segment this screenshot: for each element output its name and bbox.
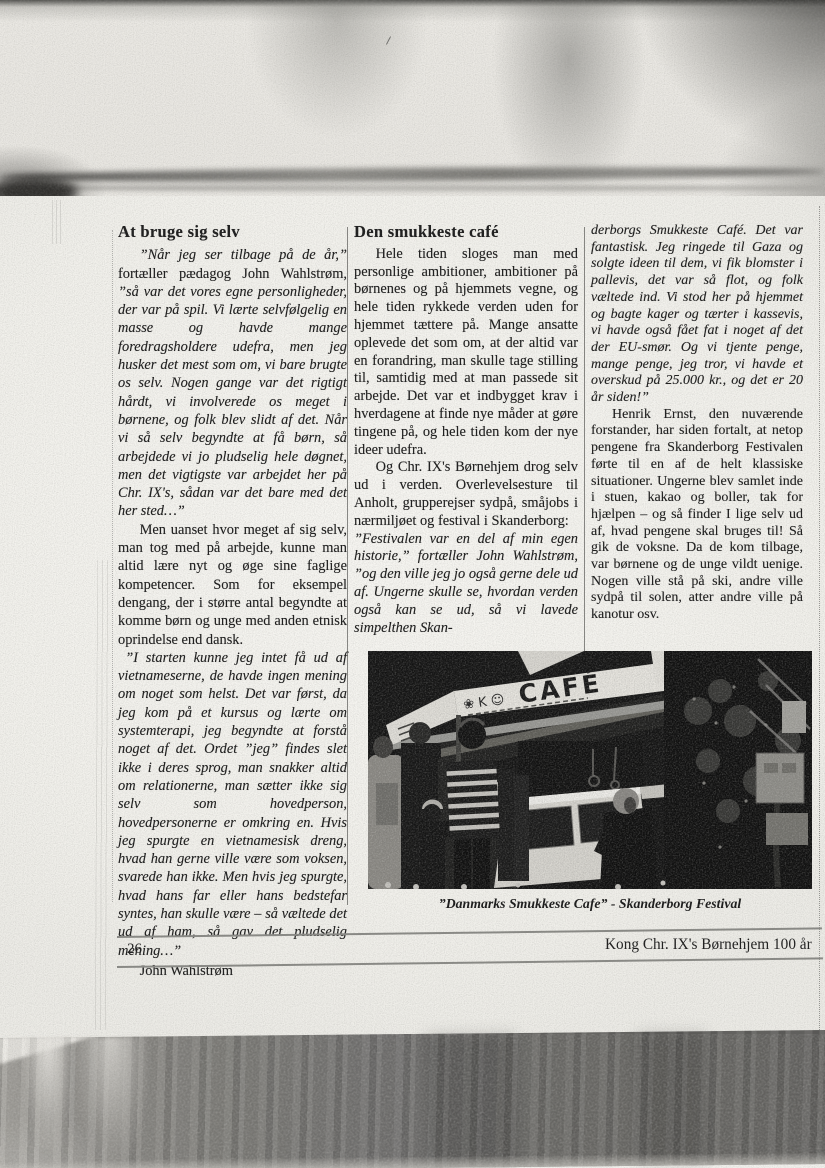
page-edge-dotted-line (819, 206, 820, 1036)
quote-paragraph: derborgs Smukkeste Café. Det var fantast… (591, 223, 803, 407)
paragraph: Og Chr. IX's Børnehjem drog selv ud i ve… (354, 459, 578, 530)
band-dark-patch (426, 1033, 517, 1168)
running-title: Kong Chr. IX's Børnehjem 100 år (605, 936, 825, 954)
paragraph: Henrik Ernst, den nuværende forstander, … (591, 407, 803, 624)
article-column-3: derborgs Smukkeste Café. Det var fantast… (591, 223, 803, 655)
paragraph: ”Når jeg ser tilbage på de år,” fortælle… (118, 246, 347, 520)
festival-cafe-photo-svg: ❀ K ☺ CAFÉ C·F (368, 651, 812, 889)
page-number: 26 (127, 941, 142, 958)
attribution-segment: fortæller pædagog John Wahlstrøm, (118, 266, 347, 282)
band-dark-patch (636, 1031, 707, 1166)
band-light-plume (24, 1037, 73, 1149)
scanned-book-page: At bruge sig selv ”Når jeg ser tilbage p… (0, 0, 825, 1168)
section-heading: Den smukkeste café (354, 223, 578, 241)
page-edge-smudge (0, 185, 825, 191)
photo-grain (368, 651, 812, 889)
quote-paragraph: ”I starten kunne jeg intet få ud af viet… (118, 649, 347, 960)
photo-caption: ”Danmarks Smukkeste Cafe” - Skanderborg … (368, 896, 812, 912)
photocopy-bottom-band (0, 1030, 825, 1168)
quote-paragraph: ”Festivalen var en del af min egen histo… (354, 531, 578, 638)
festival-cafe-photo: ❀ K ☺ CAFÉ C·F (368, 651, 812, 889)
quote-segment: ”Når jeg ser tilbage på de år,” (140, 247, 347, 263)
column-divider (347, 227, 348, 905)
band-light-plume (76, 1037, 149, 1166)
paragraph: Men uanset hvor meget af sig selv, man t… (118, 521, 347, 649)
quote-segment: ”så var det vores egne personligheder, d… (118, 284, 347, 520)
paragraph: Hele tiden sloges man med personlige amb… (354, 246, 578, 460)
book-page-stack-lines (52, 200, 64, 244)
column-divider (584, 227, 585, 657)
article-column-2: Den smukkeste café Hele tiden sloges man… (354, 223, 578, 653)
article-column-1: At bruge sig selv ”Når jeg ser tilbage p… (118, 223, 347, 885)
book-page-stack-lines (95, 560, 111, 1030)
section-heading: At bruge sig selv (118, 223, 347, 241)
gutter-dotted-line (112, 230, 113, 902)
